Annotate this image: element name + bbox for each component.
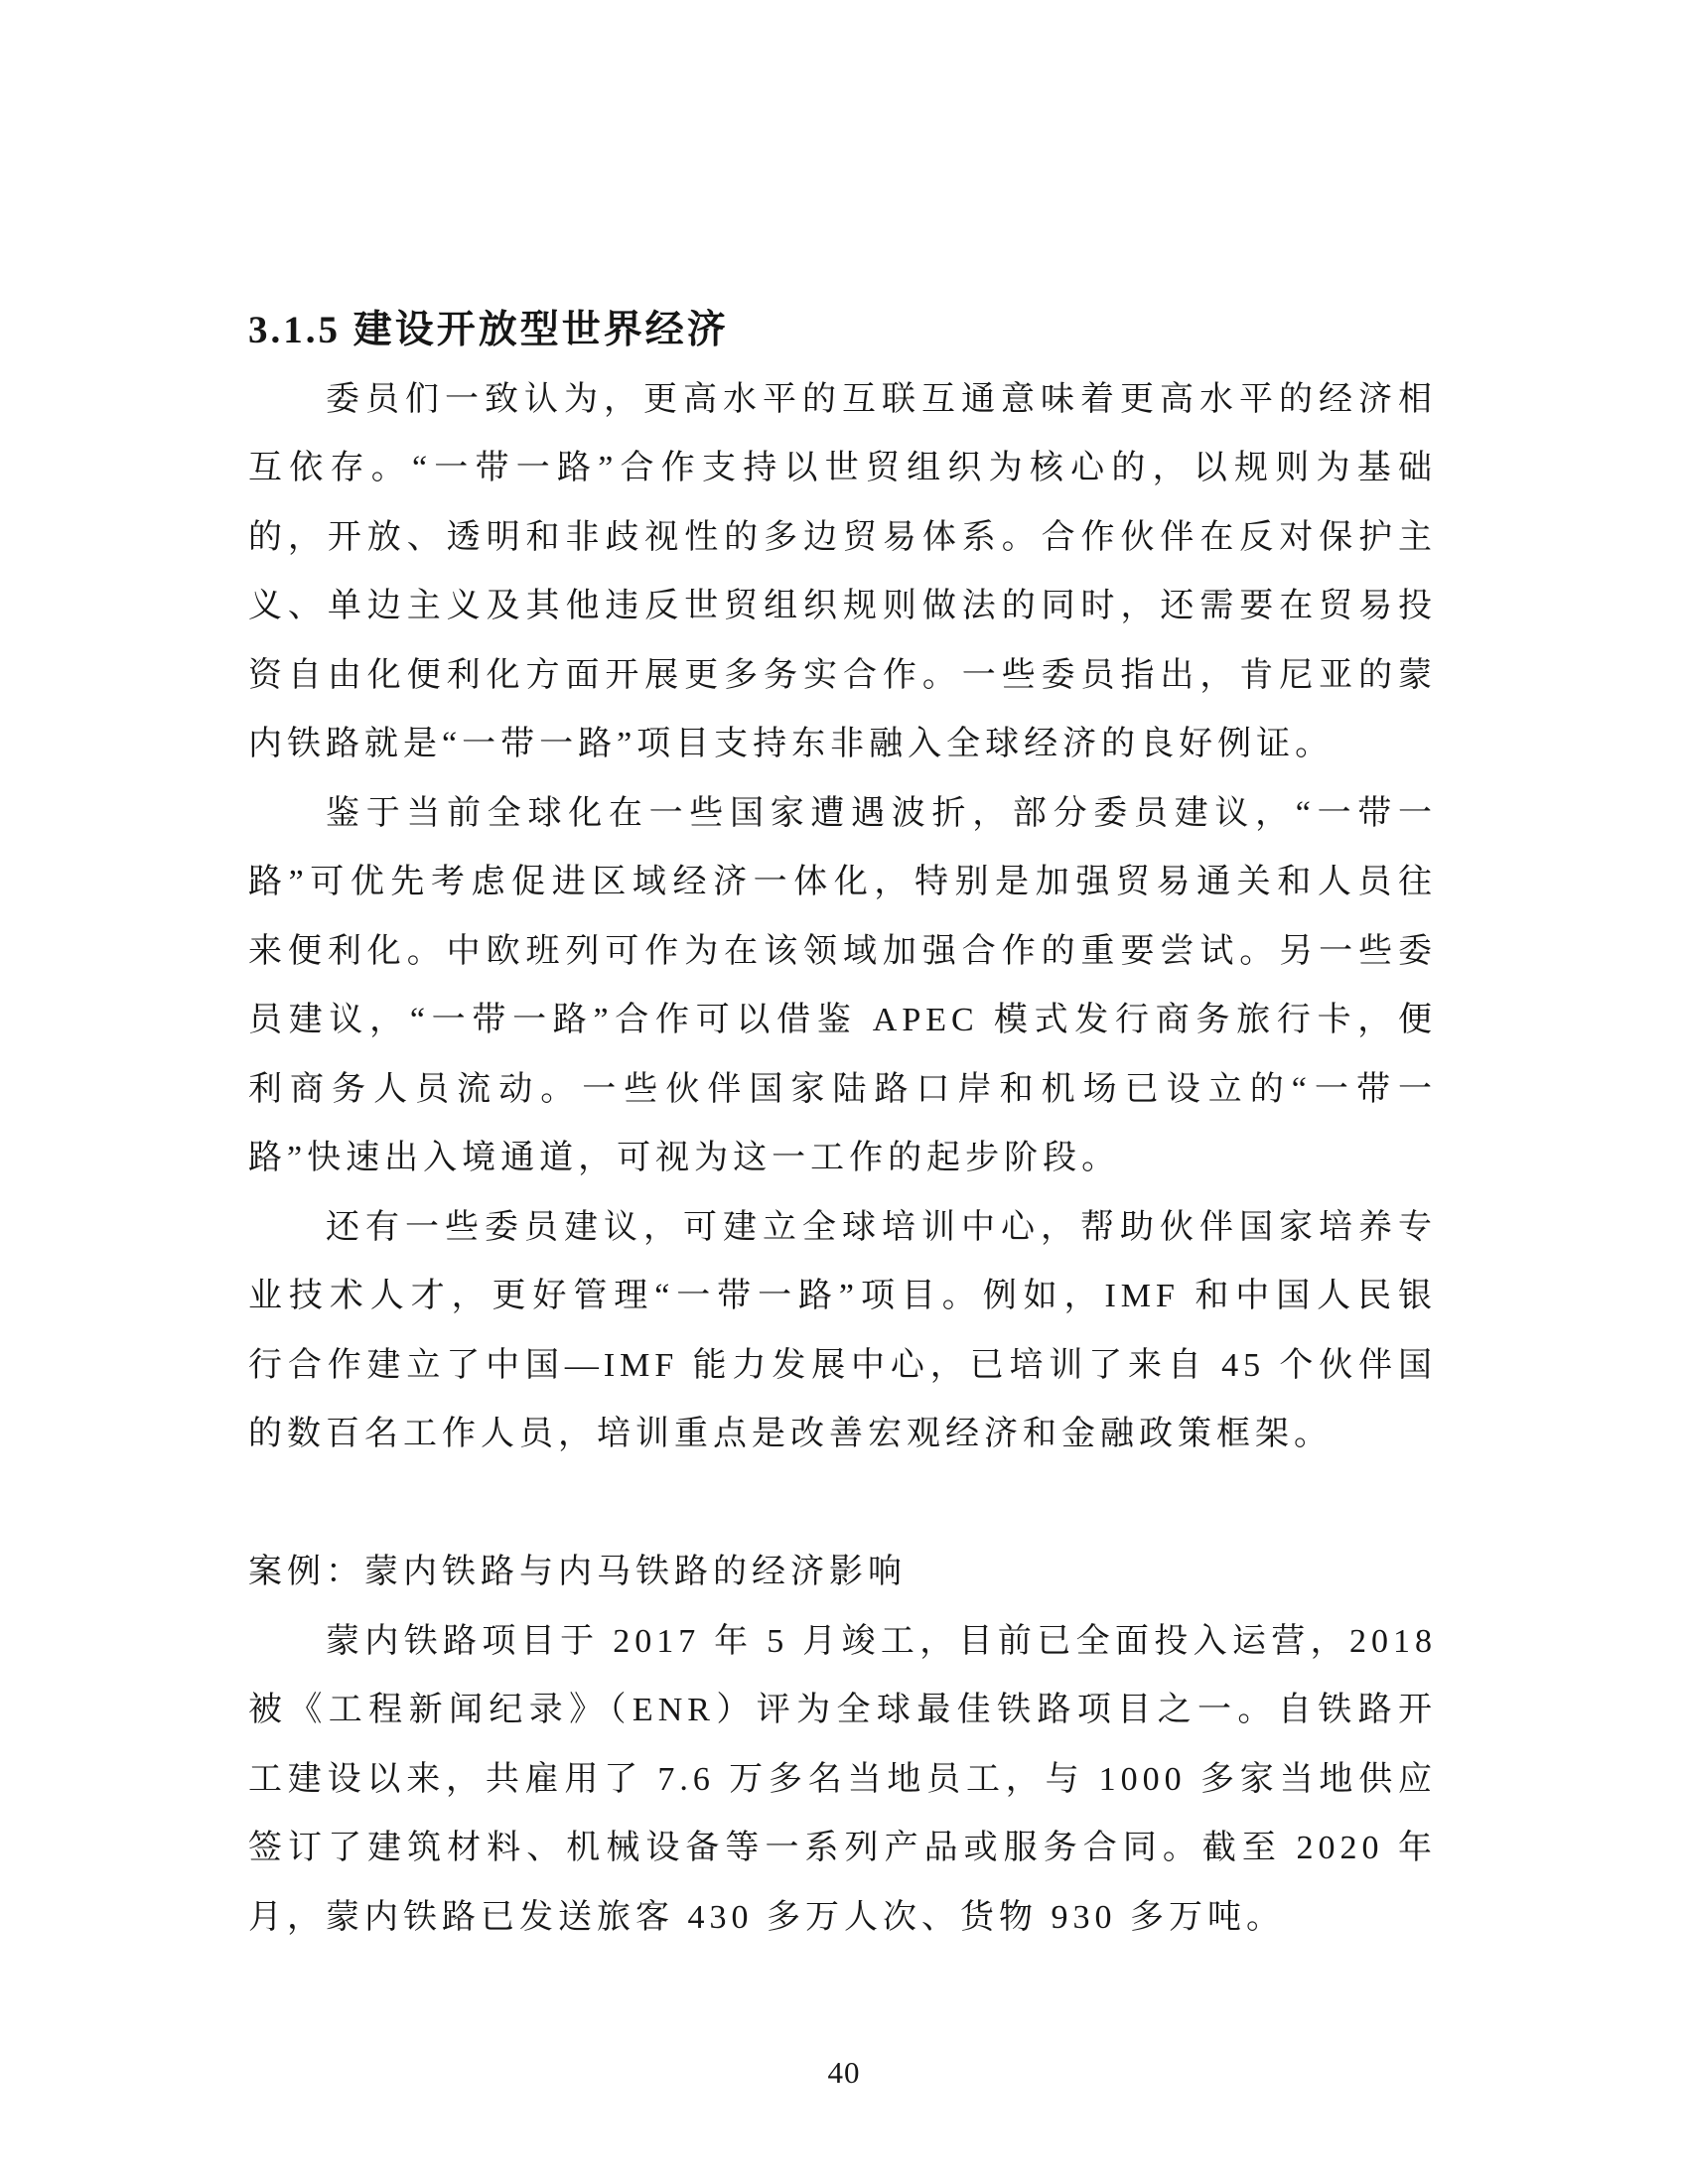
page-number: 40 [0, 2047, 1688, 2099]
case-heading: 案例：蒙内铁路与内马铁路的经济影响 [248, 1538, 1437, 1607]
text-line: 内铁路就是“一带一路”项目支持东非融入全球经济的良好例证。 [248, 710, 1437, 779]
text-line: 来便利化。中欧班列可作为在该领域加强合作的重要尝试。另一些委 [248, 917, 1437, 987]
document-page: 3.1.5 建设开放型世界经济委员们一致认为，更高水平的互联互通意味着更高水平的… [0, 0, 1688, 2184]
text-line: 员建议，“一带一路”合作可以借鉴 APEC 模式发行商务旅行卡，便 [248, 986, 1437, 1055]
section-heading: 3.1.5 建设开放型世界经济 [248, 296, 1437, 365]
text-line: 被《工程新闻纪录》（ENR）评为全球最佳铁路项目之一。自铁路开 [248, 1676, 1437, 1745]
text-line: 路”可优先考虑促进区域经济一体化，特别是加强贸易通关和人员往 [248, 848, 1437, 917]
text-line: 鉴于当前全球化在一些国家遭遇波折，部分委员建议，“一带一 [248, 779, 1437, 849]
text-line: 的，开放、透明和非歧视性的多边贸易体系。合作伙伴在反对保护主 [248, 503, 1437, 573]
text-line: 还有一些委员建议，可建立全球培训中心，帮助伙伴国家培养专 [248, 1193, 1437, 1263]
text-line: 互依存。“一带一路”合作支持以世贸组织为核心的，以规则为基础 [248, 434, 1437, 503]
text-line: 委员们一致认为，更高水平的互联互通意味着更高水平的经济相 [248, 365, 1437, 435]
text-line: 业技术人才，更好管理“一带一路”项目。例如，IMF 和中国人民银 [248, 1262, 1437, 1331]
text-line: 资自由化便利化方面开展更多务实合作。一些委员指出，肯尼亚的蒙 [248, 641, 1437, 711]
text-line: 义、单边主义及其他违反世贸组织规则做法的同时，还需要在贸易投 [248, 572, 1437, 641]
text-line: 月，蒙内铁路已发送旅客 430 多万人次、货物 930 多万吨。 [248, 1883, 1437, 1953]
text-line: 利商务人员流动。一些伙伴国家陆路口岸和机场已设立的“一带一 [248, 1055, 1437, 1125]
text-line: 签订了建筑材料、机械设备等一系列产品或服务合同。截至 2020 年 7 [248, 1814, 1437, 1883]
text-line: 蒙内铁路项目于 2017 年 5 月竣工，目前已全面投入运营，2018 年 [248, 1607, 1437, 1677]
text-line: 工建设以来，共雇用了 7.6 万多名当地员工，与 1000 多家当地供应商 [248, 1745, 1437, 1815]
text-line: 行合作建立了中国—IMF 能力发展中心，已培训了来自 45 个伙伴国家 [248, 1331, 1437, 1401]
blank-line [248, 1469, 1437, 1539]
text-line: 的数百名工作人员，培训重点是改善宏观经济和金融政策框架。 [248, 1400, 1437, 1469]
text-block: 3.1.5 建设开放型世界经济委员们一致认为，更高水平的互联互通意味着更高水平的… [248, 296, 1437, 1952]
text-line: 路”快速出入境通道，可视为这一工作的起步阶段。 [248, 1124, 1437, 1193]
